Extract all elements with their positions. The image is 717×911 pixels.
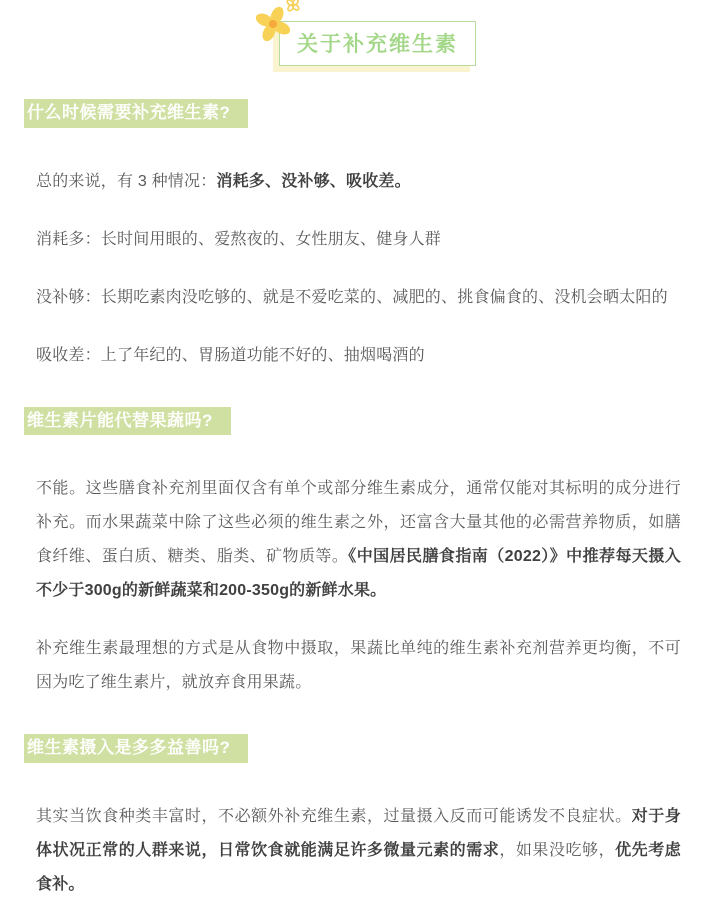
title-area: 关于补充维生素	[0, 0, 717, 66]
title-box: 关于补充维生素	[279, 21, 476, 66]
article: 关于补充维生素 什么时候需要补充维生素? 总的来说，有 3 种情况：消耗多、没补…	[0, 0, 717, 911]
paragraph: 总的来说，有 3 种情况：消耗多、没补够、吸收差。	[36, 165, 681, 199]
section-heading-when-to-supplement: 什么时候需要补充维生素?	[24, 99, 248, 128]
text-segment: 吸收差：上了年纪的、胃肠道功能不好的、抽烟喝酒的	[36, 347, 425, 364]
paragraph: 其实当饮食种类丰富时，不必额外补充维生素，过量摄入反而可能诱发不良症状。对于身体…	[36, 800, 681, 902]
text-segment: 其实当饮食种类丰富时，不必额外补充维生素，过量摄入反而可能诱发不良症状。	[36, 808, 632, 825]
text-segment: 消耗多：长时间用眼的、爱熬夜的、女性朋友、健身人群	[36, 231, 441, 248]
text-segment: ，如果没吃够，	[499, 842, 615, 859]
text-segment: 总的来说，有 3 种情况：	[36, 173, 216, 190]
text-segment: 补充维生素最理想的方式是从食物中摄取，果蔬比单纯的维生素补充剂营养更均衡，不可因…	[36, 640, 681, 691]
paragraph: 消耗多：长时间用眼的、爱熬夜的、女性朋友、健身人群	[36, 223, 681, 257]
section-heading-more-is-better: 维生素摄入是多多益善吗?	[24, 734, 248, 763]
paragraph: 不能。这些膳食补充剂里面仅含有单个或部分维生素成分，通常仅能对其标明的成分进行补…	[36, 472, 681, 608]
flower-icon	[249, 0, 307, 43]
page-title: 关于补充维生素	[297, 28, 458, 58]
paragraph: 吸收差：上了年纪的、胃肠道功能不好的、抽烟喝酒的	[36, 339, 681, 373]
paragraph: 补充维生素最理想的方式是从食物中摄取，果蔬比单纯的维生素补充剂营养更均衡，不可因…	[36, 632, 681, 700]
section-heading-pills-replace-produce: 维生素片能代替果蔬吗?	[24, 407, 231, 436]
text-segment-bold: 消耗多、没补够、吸收差。	[216, 173, 410, 190]
text-segment: 没补够：长期吃素肉没吃够的、就是不爱吃菜的、减肥的、挑食偏食的、没机会晒太阳的	[36, 289, 668, 306]
small-flower-outline-icon	[283, 0, 303, 15]
paragraph: 没补够：长期吃素肉没吃够的、就是不爱吃菜的、减肥的、挑食偏食的、没机会晒太阳的	[36, 281, 681, 315]
